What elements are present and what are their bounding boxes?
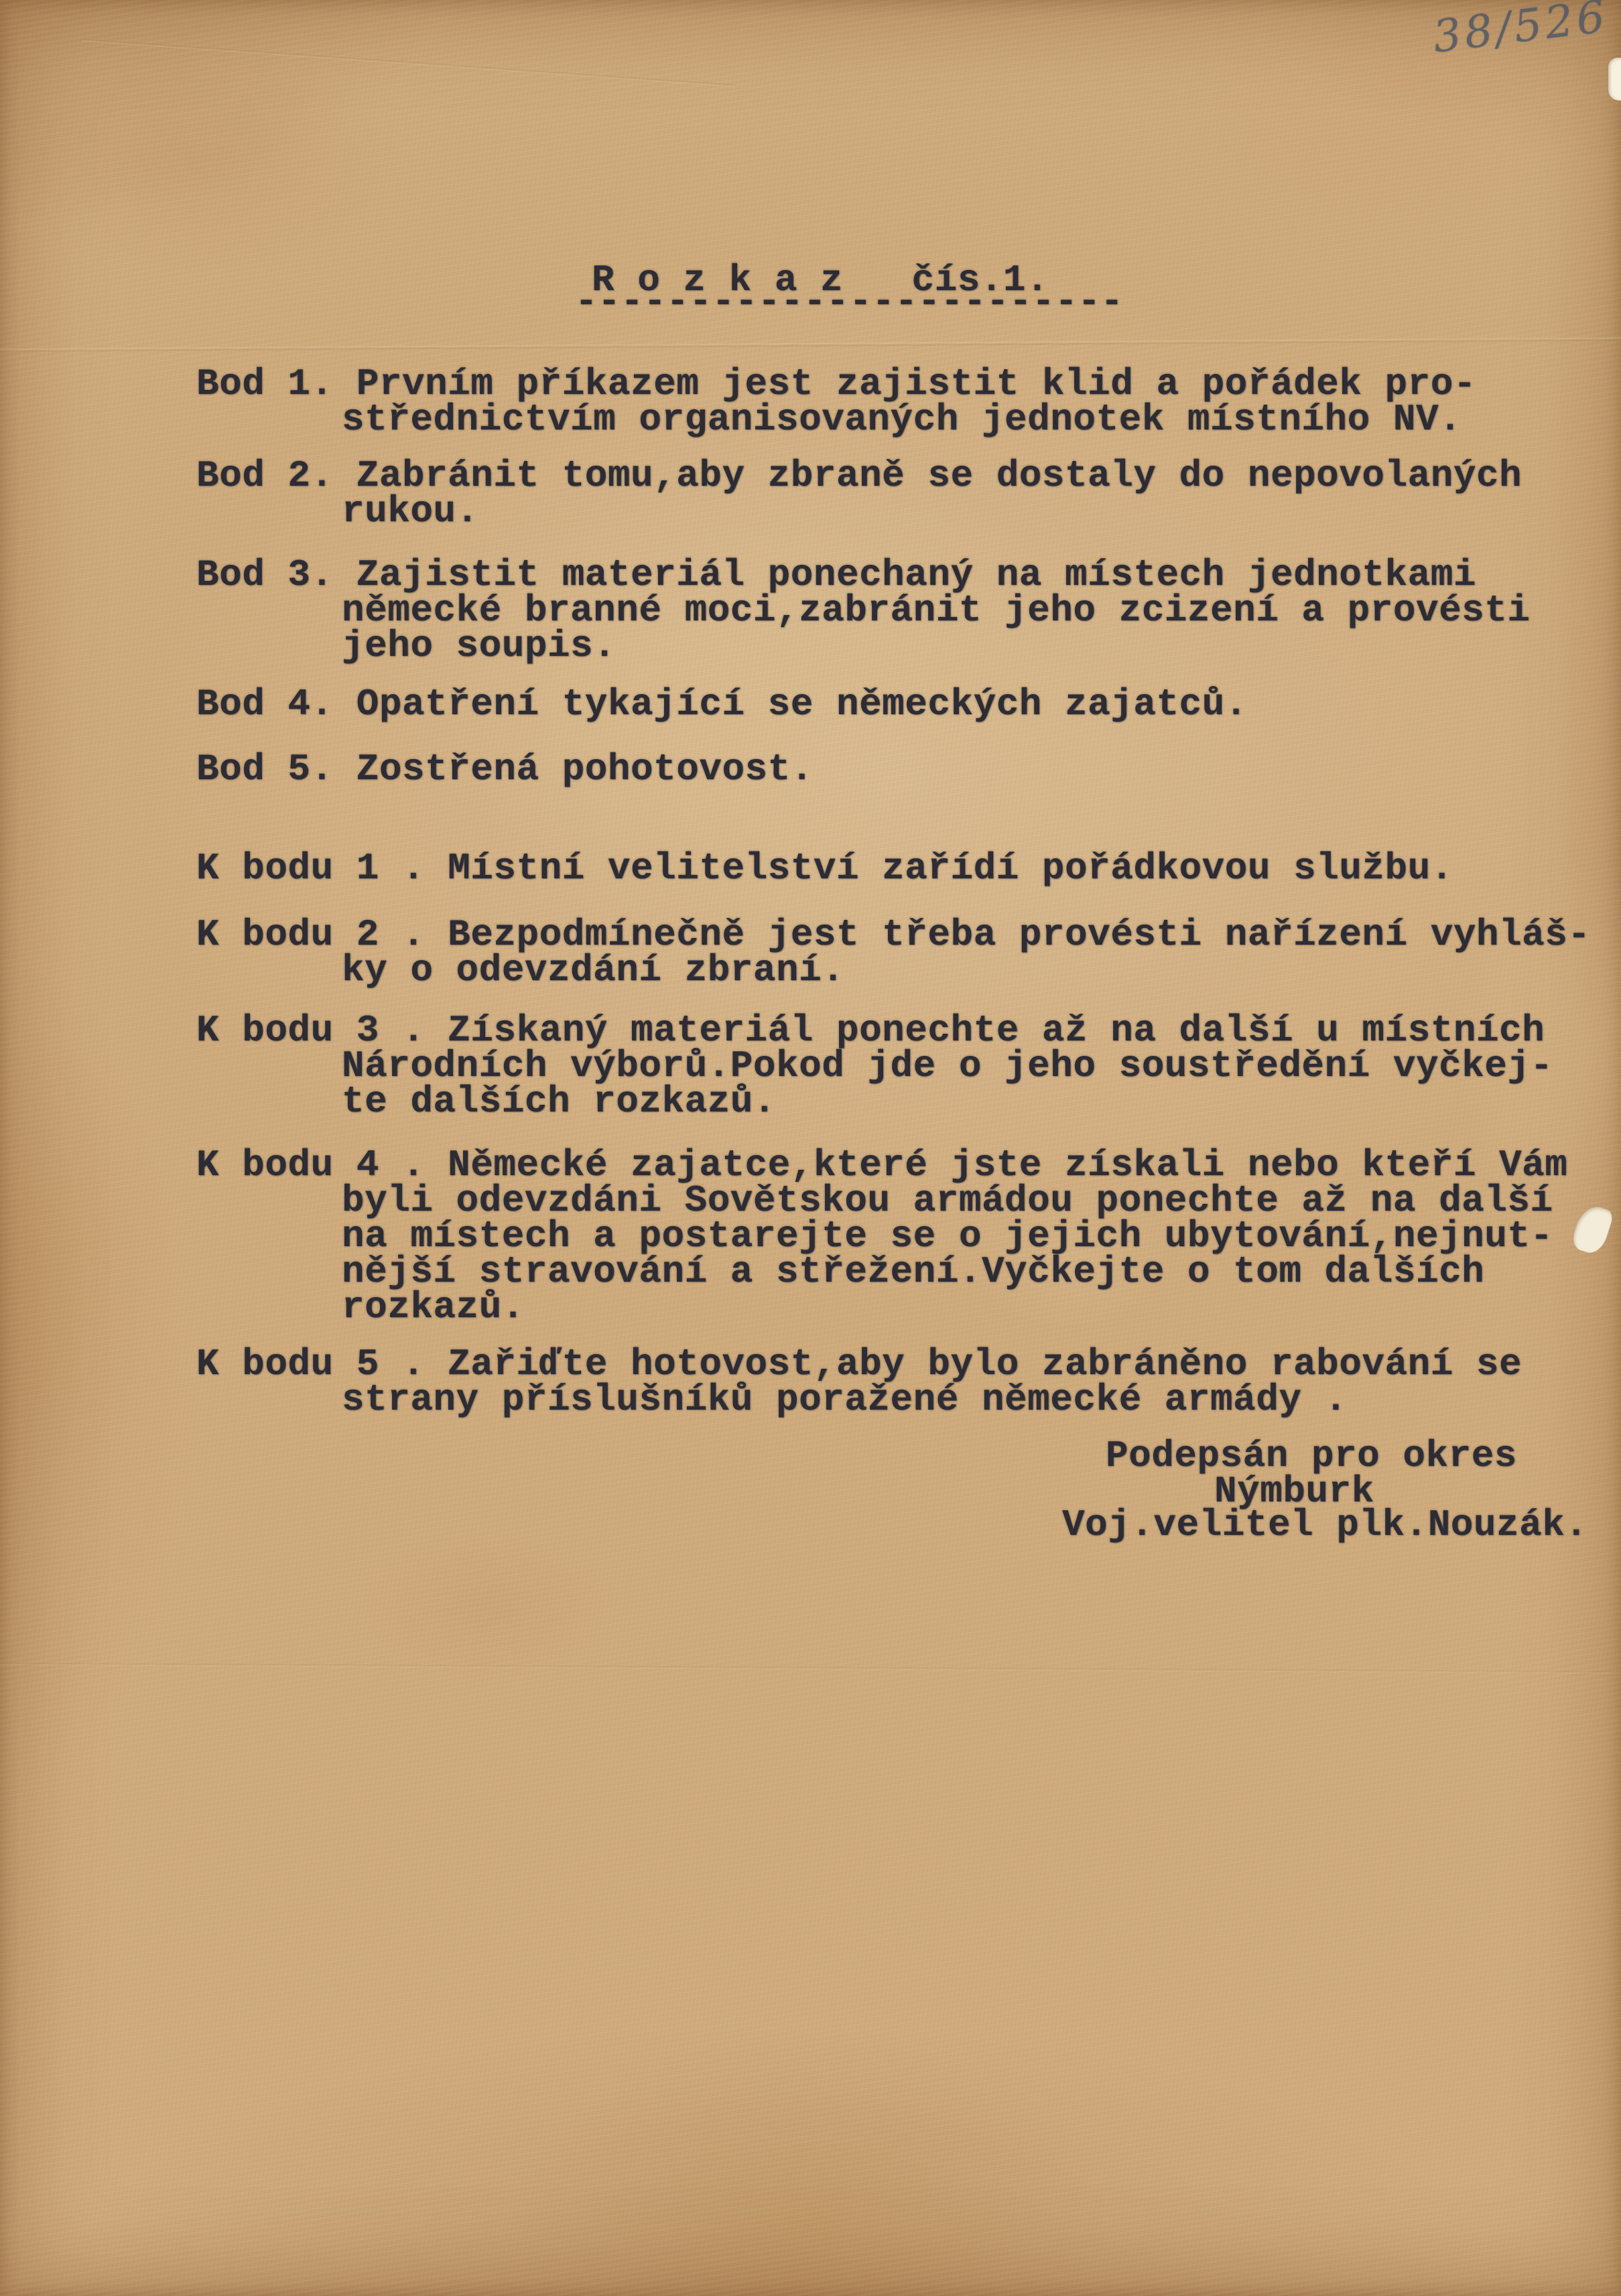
paper-crease	[0, 1663, 1621, 1674]
point-label: Bod 4.	[196, 683, 356, 726]
point-label: Bod 3.	[196, 553, 356, 596]
order-point-4: Bod 4. Opatření tykající se německých za…	[196, 687, 1248, 722]
elaboration-point-1: K bodu 1 . Místní velitelství zařídí poř…	[196, 851, 1453, 886]
point-label: Bod 2.	[196, 454, 356, 497]
elaboration-text: byli odevzdáni Sovětskou armádou ponecht…	[342, 1183, 1567, 1219]
point-text: Opatření tykající se německých zajatců.	[356, 683, 1248, 726]
point-text: Zostřená pohotovost.	[356, 748, 814, 791]
elaboration-text: Místní velitelství zařídí pořádkovou slu…	[448, 847, 1453, 890]
order-point-3: Bod 3. Zajistit materiál ponechaný na mí…	[196, 557, 1530, 664]
point-text: německé branné moci,zabránit jeho zcizen…	[342, 593, 1530, 628]
order-point-5: Bod 5. Zostřená pohotovost.	[196, 752, 814, 787]
signature-signed-for-district: Podepsán pro okres	[1106, 1438, 1517, 1474]
elaboration-text: nější stravování a střežení.Vyčkejte o t…	[342, 1254, 1567, 1290]
handwritten-archival-note: 38/526	[1431, 0, 1611, 62]
paper-damage-chip	[1569, 1202, 1614, 1256]
point-text: Zabránit tomu,aby zbraně se dostaly do n…	[356, 454, 1522, 497]
point-text: rukou.	[342, 494, 1522, 529]
order-point-2: Bod 2. Zabránit tomu,aby zbraně se dosta…	[196, 458, 1522, 529]
point-label: Bod 1.	[196, 362, 356, 405]
order-point-1: Bod 1. Prvním příkazem jest zajistit kli…	[196, 366, 1476, 437]
elaboration-text: rozkazů.	[342, 1290, 1567, 1325]
paper-crease	[81, 39, 736, 87]
elaboration-point-3: K bodu 3 . Získaný materiál ponechte až …	[196, 1013, 1553, 1120]
point-text: střednictvím organisovaných jednotek mís…	[342, 402, 1476, 437]
elaboration-label: K bodu 1 .	[196, 847, 448, 890]
elaboration-text: te dalších rozkazů.	[342, 1084, 1553, 1120]
elaboration-text: na místech a postarejte se o jejich ubyt…	[342, 1219, 1567, 1254]
title-underline: ------------------------	[575, 284, 1124, 320]
scanned-document-page: 38/526 R o z k a z čís.1. --------------…	[0, 0, 1621, 2296]
elaboration-text: Národních výborů.Pokod jde o jeho soustř…	[342, 1049, 1553, 1084]
elaboration-text: strany příslušníků poražené německé armá…	[342, 1382, 1522, 1418]
point-label: Bod 5.	[196, 748, 356, 791]
elaboration-point-4: K bodu 4 . Německé zajatce,které jste zí…	[196, 1148, 1567, 1325]
elaboration-point-5: K bodu 5 . Zařiďte hotovost,aby bylo zab…	[196, 1347, 1522, 1418]
point-text: jeho soupis.	[342, 628, 1530, 664]
paper-damage-chip	[1608, 58, 1621, 100]
elaboration-point-2: K bodu 2 . Bezpodmínečně jest třeba prov…	[196, 917, 1590, 988]
elaboration-text: ky o odevzdání zbraní.	[342, 953, 1590, 988]
paper-crease	[0, 338, 1621, 352]
signature-commander-name: Voj.velitel plk.Nouzák.	[1062, 1507, 1587, 1543]
